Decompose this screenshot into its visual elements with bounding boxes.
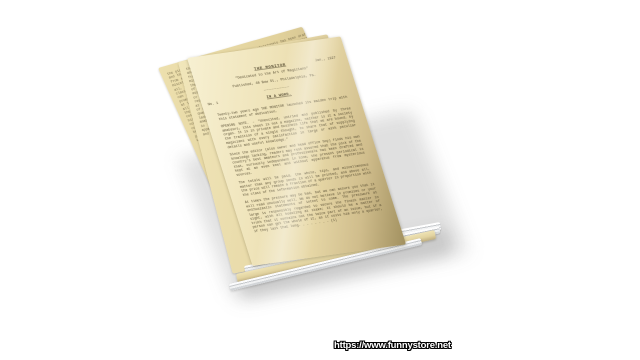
- photo-canvas: the pick of the country's best amateurs …: [0, 0, 640, 360]
- watermark-url: https://www.funnystore.net: [334, 340, 451, 351]
